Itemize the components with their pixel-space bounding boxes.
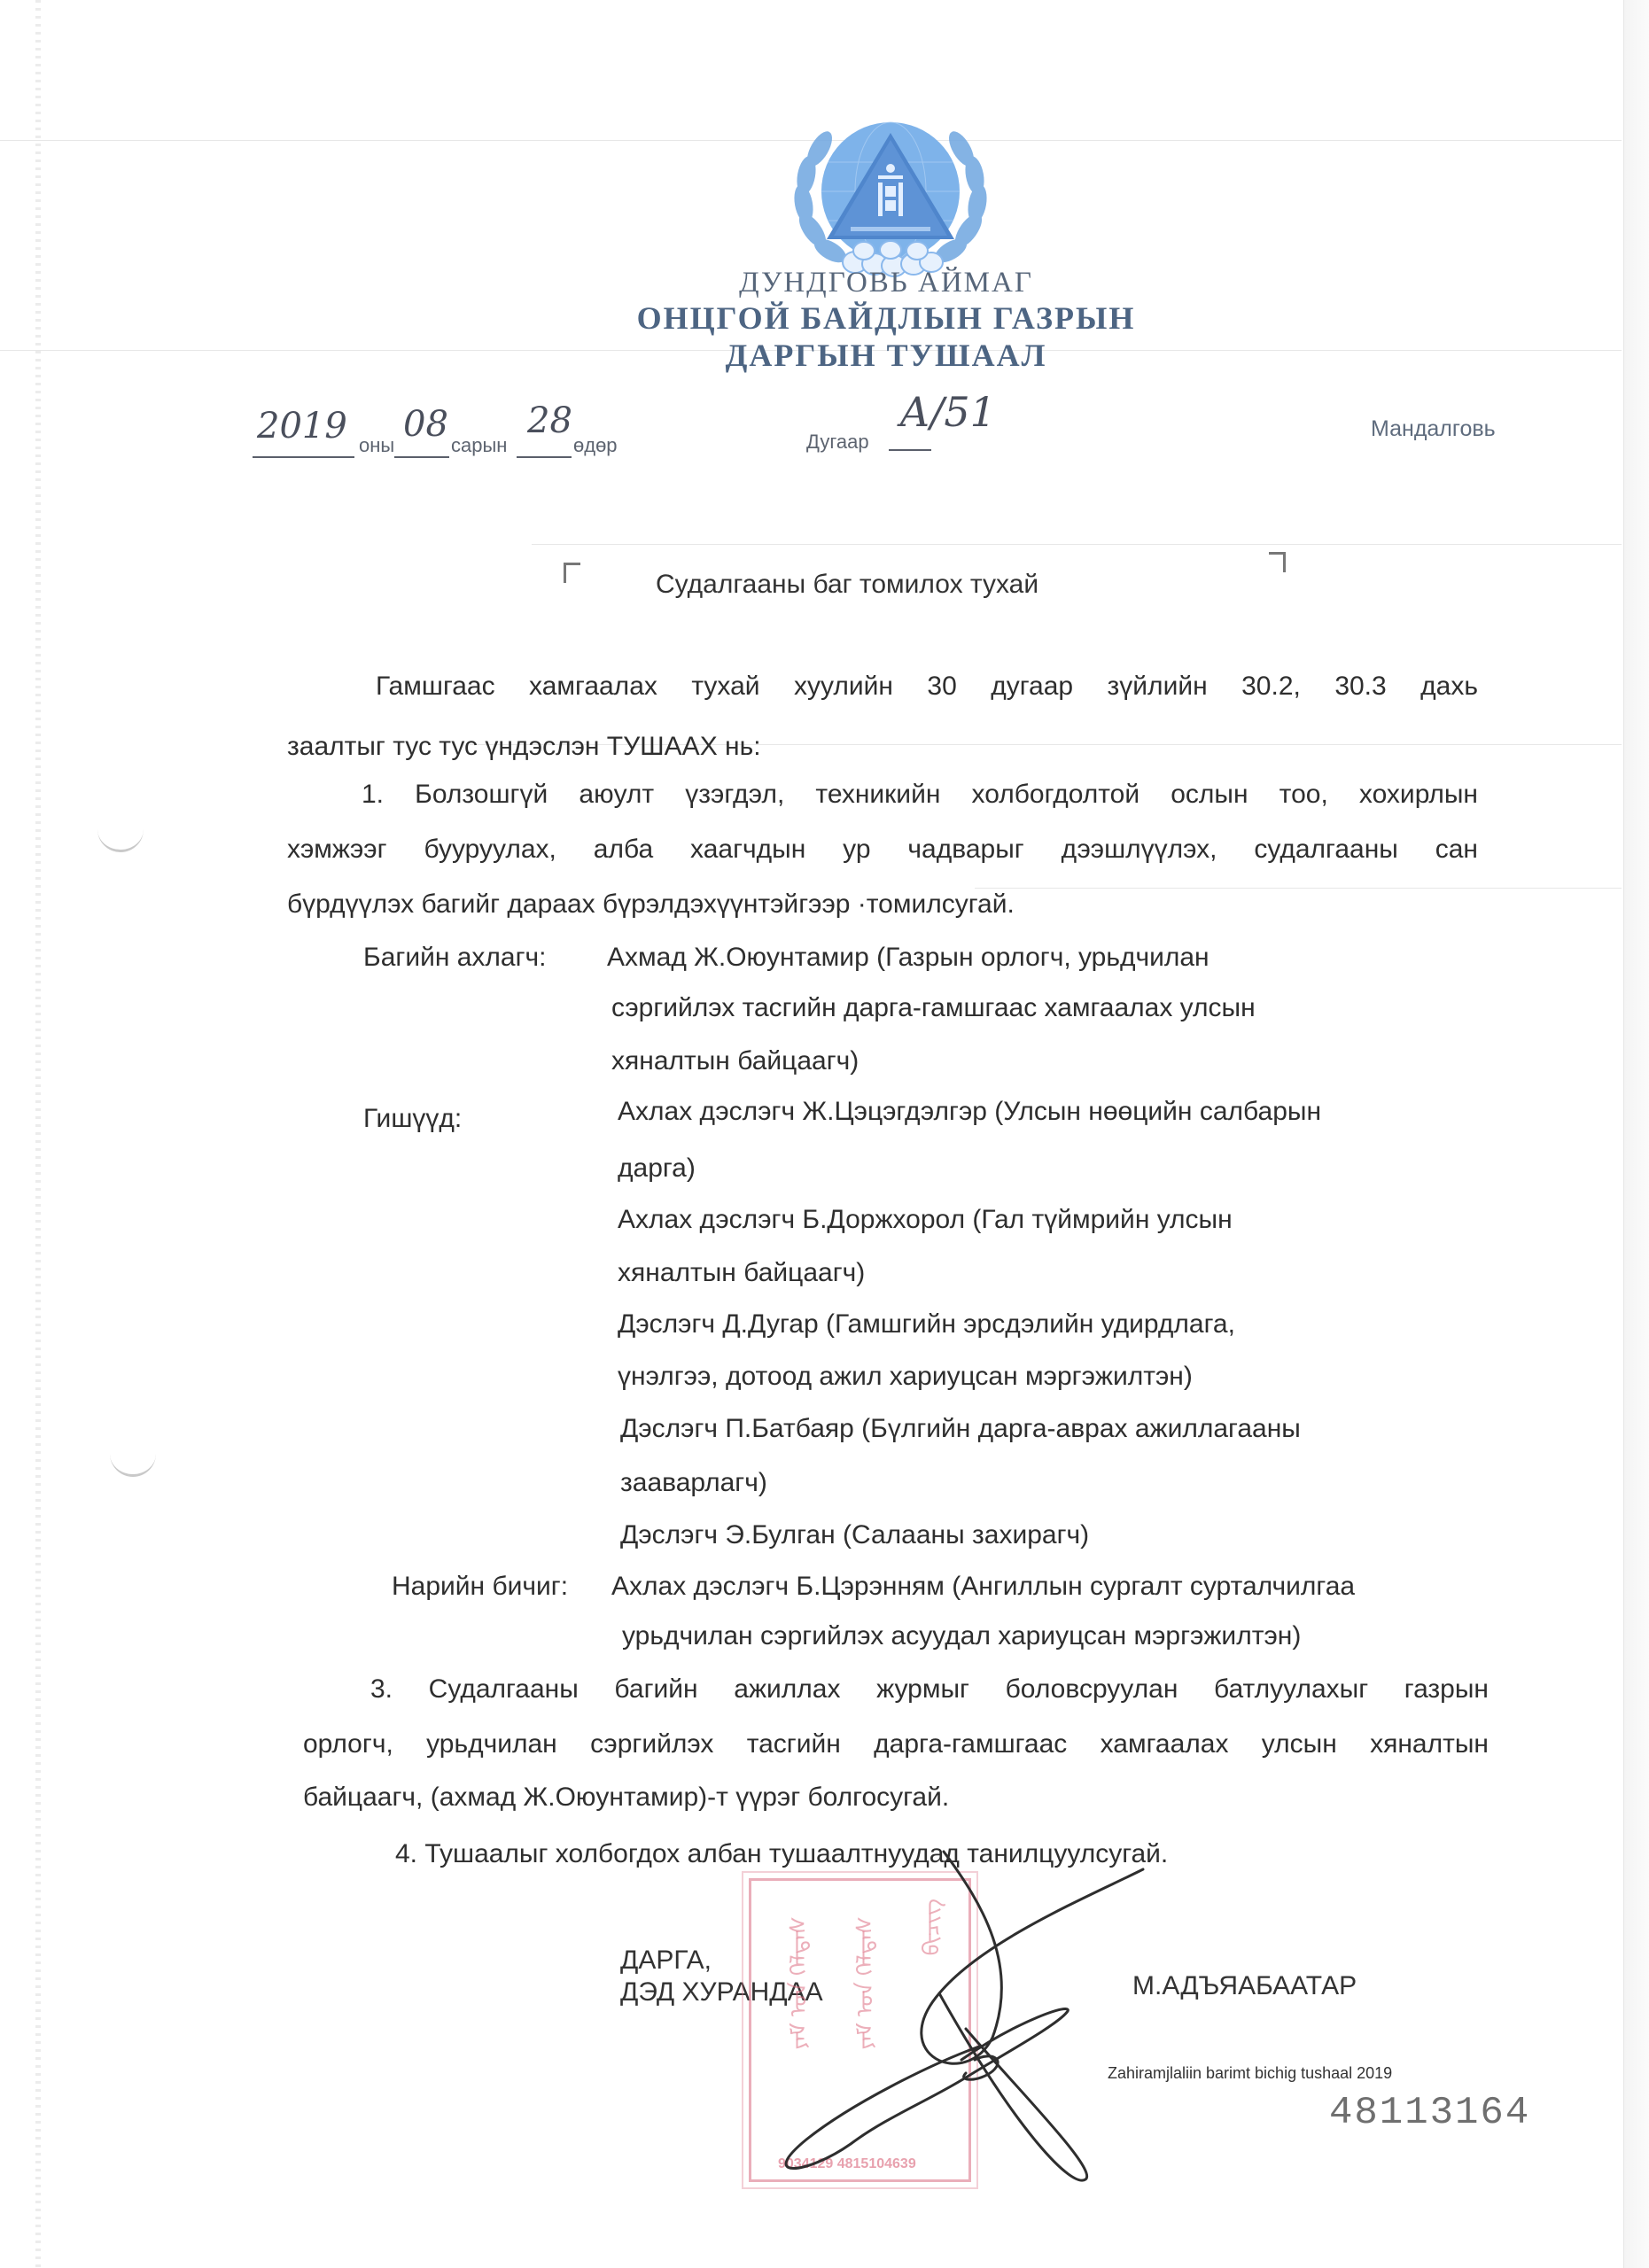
underline bbox=[394, 456, 449, 458]
place-name: Мандалговь bbox=[1371, 416, 1496, 442]
province-name: ДУНДГОВЬ АЙМАГ bbox=[620, 266, 1152, 299]
registration-number: 48113164 bbox=[1329, 2091, 1530, 2135]
member-line: Дэслэгч Э.Булган (Салааны захирагч) bbox=[620, 1520, 1089, 1550]
members-label: Гишүүд: bbox=[363, 1104, 462, 1134]
secretary-label: Нарийн бичиг: bbox=[392, 1572, 568, 1602]
leader-label: Багийн ахлагч: bbox=[363, 943, 547, 973]
item3-line: байцаагч, (ахмад Ж.Оюунтамир)-т үүрэг бо… bbox=[303, 1783, 949, 1813]
member-line: Ахлах дэслэгч Б.Доржхорол (Гал түймрийн … bbox=[618, 1205, 1233, 1235]
handwritten-signature-icon bbox=[753, 1834, 1152, 2206]
handwritten-month: 08 bbox=[403, 404, 448, 445]
member-line: Ахлах дэслэгч Ж.Цэцэгдэлгэр (Улсын нөөци… bbox=[618, 1097, 1321, 1127]
scan-line bbox=[532, 544, 1622, 545]
handwritten-day: 28 bbox=[527, 400, 572, 441]
emblem-icon bbox=[758, 113, 1023, 282]
member-line: Дэслэгч Д.Дугар (Гамшгийн эрсдэлийн удир… bbox=[618, 1309, 1235, 1340]
number-label: Дугаар bbox=[806, 431, 869, 454]
secretary-line: Ахлах дэслэгч Б.Цэрэнням (Ангиллын сурга… bbox=[611, 1572, 1355, 1602]
member-line: дарга) bbox=[618, 1153, 696, 1184]
member-line: үнэлгээ, дотоод ажил хариуцсан мэргэжилт… bbox=[618, 1362, 1193, 1392]
preamble-line: Гамшгаас хамгаалах тухай хуулийн 30 дуга… bbox=[376, 672, 1478, 702]
leader-line: сэргийлэх тасгийн дарга-гамшгаас хамгаал… bbox=[611, 993, 1256, 1023]
member-line: Дэслэгч П.Батбаяр (Бүлгийн дарга-аврах а… bbox=[620, 1414, 1301, 1444]
document-subject: Судалгааны баг томилох тухай bbox=[656, 570, 1038, 600]
leader-line: хяналтын байцаагч) bbox=[611, 1046, 859, 1076]
preamble-line: заалтыг тус тус үндэслэн ТУШААХ нь: bbox=[287, 732, 761, 762]
member-line: зааварлагч) bbox=[620, 1468, 767, 1498]
leader-line: Ахмад Ж.Оюунтамир (Газрын орлогч, урьдчи… bbox=[607, 943, 1210, 973]
underline bbox=[517, 456, 572, 458]
date-row: 2019 оны 08 сарын 28 өдөр Дугаар А/51 bbox=[253, 409, 1511, 462]
underline bbox=[253, 456, 354, 458]
document-type: ДАРГЫН ТУШААЛ bbox=[620, 337, 1152, 374]
day-suffix: өдөр bbox=[573, 434, 618, 457]
scan-line bbox=[975, 888, 1622, 889]
item1-line: бүрдүүлэх багийг дараах бүрэлдэхүүнтэйгэ… bbox=[287, 889, 1015, 920]
year-suffix: оны bbox=[359, 434, 394, 457]
item1-line: 1. Болзошгүй аюулт үзэгдэл, техникийн хо… bbox=[362, 780, 1478, 810]
scan-streak bbox=[35, 0, 41, 2268]
month-suffix: сарын bbox=[451, 434, 507, 457]
secretary-line: урьдчилан сэргийлэх асуудал хариуцсан мэ… bbox=[622, 1621, 1301, 1651]
underline bbox=[889, 449, 931, 451]
signatory-name: М.АДЪЯАБААТАР bbox=[1132, 1971, 1357, 2001]
item1-line: хэмжээг бууруулах, алба хаагчдын ур чадв… bbox=[287, 835, 1478, 865]
document-header: ДУНДГОВЬ АЙМАГ ОНЦГОЙ БАЙДЛЫН ГАЗРЫН ДАР… bbox=[620, 266, 1152, 374]
handwritten-year: 2019 bbox=[257, 406, 347, 447]
punch-hole bbox=[97, 828, 144, 852]
archive-note: Zahiramjlaliin barimt bichig tushaal 201… bbox=[1108, 2064, 1392, 2083]
item3-line: орлогч, урьдчилан сэргийлэх тасгийн дарг… bbox=[303, 1729, 1489, 1759]
bracket-right bbox=[1269, 552, 1286, 572]
bracket-left bbox=[564, 563, 580, 583]
agency-name: ОНЦГОЙ БАЙДЛЫН ГАЗРЫН bbox=[620, 299, 1152, 337]
page-edge bbox=[1623, 0, 1649, 2268]
item3-line: 3. Судалгааны багийн ажиллах журмыг боло… bbox=[370, 1674, 1489, 1705]
punch-hole bbox=[110, 1453, 156, 1477]
handwritten-number: А/51 bbox=[899, 388, 996, 436]
member-line: хяналтын байцаагч) bbox=[618, 1258, 865, 1288]
